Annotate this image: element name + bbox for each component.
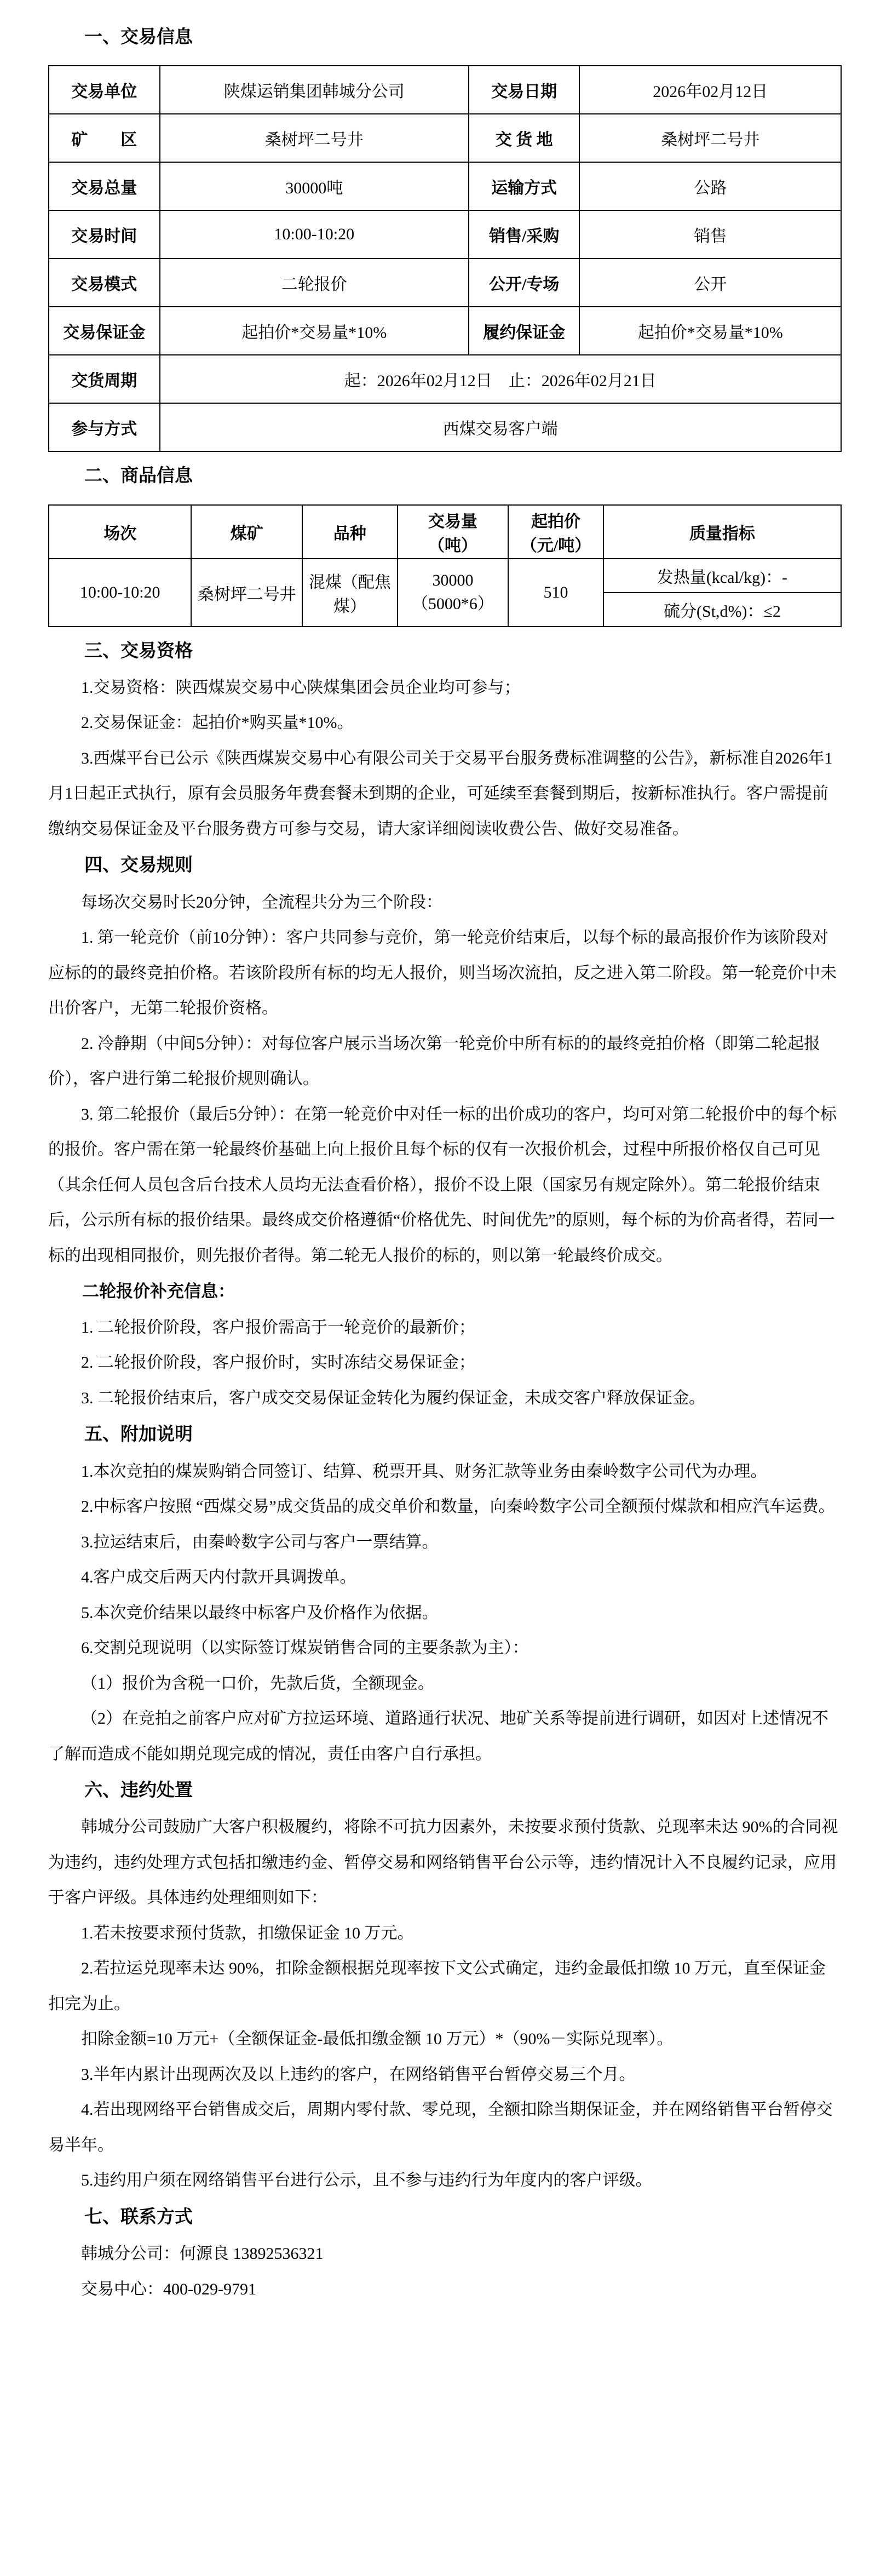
quality-calorific-cell: 发热量(kcal/kg)：-	[603, 559, 841, 593]
violation-item: 5.违约用户须在网络销售平台进行公示，且不参与违约行为年度内的客户评级。	[48, 2163, 842, 2199]
contact-center-line: 交易中心：400-029-9791	[48, 2272, 842, 2308]
field-value: 30000吨	[160, 162, 469, 210]
table-row: 交货周期 起：2026年02月12日 止：2026年02月21日	[49, 355, 841, 403]
field-value: 起拍价*交易量*10%	[160, 307, 469, 355]
table-row: 参与方式 西煤交易客户端	[49, 403, 841, 451]
qualification-item: 1.交易资格：陕西煤炭交易中心陕煤集团会员企业均可参与；	[48, 670, 842, 706]
notes-item: （2）在竞拍之前客户应对矿方拉运环境、道路通行状况、地矿关系等提前进行调研，如因…	[48, 1701, 842, 1772]
volume-cell: 30000 （5000*6）	[398, 559, 509, 627]
table-row: 交易时间 10:00-10:20 销售/采购 销售	[49, 210, 841, 259]
violation-item: 1.若未按要求预付货款，扣缴保证金 10 万元。	[48, 1916, 842, 1952]
field-value: 起拍价*交易量*10%	[579, 307, 841, 355]
column-header: 质量指标	[603, 505, 841, 559]
notes-item: 2.中标客户按照 “西煤交易”成交货品的成交单价和数量，向秦岭数字公司全额预付煤…	[48, 1489, 842, 1525]
field-value: 桑树坪二号井	[579, 114, 841, 162]
field-label: 公开/专场	[469, 259, 580, 307]
violation-item: 4.若出现网络平台销售成交后，周期内零付款、零兑现，全额扣除当期保证金，并在网络…	[48, 2092, 842, 2163]
violation-formula: 扣除金额=10 万元+（全额保证金-最低扣缴金额 10 万元）*（90%－实际兑…	[48, 2022, 842, 2057]
mine-cell: 桑树坪二号井	[191, 559, 302, 627]
section-heading-trade-info: 一、交易信息	[48, 19, 842, 56]
supplement-item: 1. 二轮报价阶段，客户报价需高于一轮竞价的最新价；	[48, 1310, 842, 1346]
field-value: 2026年02月12日	[579, 66, 841, 114]
notes-item: 4.客户成交后两天内付款开具调拨单。	[48, 1560, 842, 1596]
field-label: 交货周期	[49, 355, 160, 403]
table-row: 10:00-10:20 桑树坪二号井 混煤（配焦煤） 30000 （5000*6…	[49, 559, 841, 593]
notes-item: 6.交割兑现说明（以实际签订煤炭销售合同的主要条款为主）：	[48, 1631, 842, 1666]
column-header: 煤矿	[191, 505, 302, 559]
session-cell: 10:00-10:20	[49, 559, 191, 627]
quality-sulfur-cell: 硫分(St,d%)：≤2	[603, 593, 841, 627]
field-value: 起：2026年02月12日 止：2026年02月21日	[160, 355, 841, 403]
field-value: 公路	[579, 162, 841, 210]
table-header-row: 场次 煤矿 品种 交易量 （吨） 起拍价 （元/吨） 质量指标	[49, 505, 841, 559]
field-label: 运输方式	[469, 162, 580, 210]
table-row: 交易总量 30000吨 运输方式 公路	[49, 162, 841, 210]
table-row: 交易单位 陕煤运销集团韩城分公司 交易日期 2026年02月12日	[49, 66, 841, 114]
rules-intro: 每场次交易时长20分钟，全流程共分为三个阶段：	[48, 885, 842, 921]
field-label: 交易总量	[49, 162, 160, 210]
start-price-cell: 510	[508, 559, 603, 627]
rules-item: 1. 第一轮竞价（前10分钟）：客户共同参与竞价，第一轮竞价结束后，以每个标的最…	[48, 920, 842, 1026]
table-row: 矿 区 桑树坪二号井 交 货 地 桑树坪二号井	[49, 114, 841, 162]
notes-item: 3.拉运结束后，由秦岭数字公司与客户一票结算。	[48, 1525, 842, 1560]
notes-item: （1）报价为含税一口价，先款后货，全额现金。	[48, 1666, 842, 1702]
field-label: 交易时间	[49, 210, 160, 259]
field-label: 交易单位	[49, 66, 160, 114]
rules-item: 3. 第二轮报价（最后5分钟）：在第一轮竞价中对任一标的出价成功的客户，均可对第…	[48, 1097, 842, 1274]
supplement-item: 2. 二轮报价阶段，客户报价时，实时冻结交易保证金；	[48, 1345, 842, 1381]
rules-item: 2. 冷静期（中间5分钟）：对每位客户展示当场次第一轮竞价中所有标的的最终竞拍价…	[48, 1026, 842, 1097]
field-label: 交 货 地	[469, 114, 580, 162]
supplement-item: 3. 二轮报价结束后，客户成交交易保证金转化为履约保证金，未成交客户释放保证金。	[48, 1381, 842, 1416]
violation-intro: 韩城分公司鼓励广大客户积极履约，将除不可抗力因素外，未按要求预付货款、兑现率未达…	[48, 1810, 842, 1916]
field-value: 公开	[579, 259, 841, 307]
field-label: 参与方式	[49, 403, 160, 451]
field-value: 销售	[579, 210, 841, 259]
notes-item: 5.本次竞价结果以最终中标客户及价格作为依据。	[48, 1596, 842, 1631]
section-heading-qualification: 三、交易资格	[48, 633, 842, 670]
field-label: 矿 区	[49, 114, 160, 162]
column-header: 品种	[302, 505, 398, 559]
field-label: 交易保证金	[49, 307, 160, 355]
column-header: 场次	[49, 505, 191, 559]
field-label: 交易模式	[49, 259, 160, 307]
contact-branch-line: 韩城分公司：何源良 13892536321	[48, 2236, 842, 2272]
section-heading-rules: 四、交易规则	[48, 847, 842, 885]
document-page: 一、交易信息 交易单位 陕煤运销集团韩城分公司 交易日期 2026年02月12日…	[0, 0, 869, 2576]
table-row: 交易模式 二轮报价 公开/专场 公开	[49, 259, 841, 307]
field-value: 10:00-10:20	[160, 210, 469, 259]
qualification-item: 2.交易保证金：起拍价*购买量*10%。	[48, 705, 842, 741]
section-heading-contact: 七、联系方式	[48, 2199, 842, 2236]
violation-item: 3.半年内累计出现两次及以上违约的客户，在网络销售平台暂停交易三个月。	[48, 2057, 842, 2093]
section-heading-notes: 五、附加说明	[48, 1416, 842, 1454]
field-value: 桑树坪二号井	[160, 114, 469, 162]
field-value: 西煤交易客户端	[160, 403, 841, 451]
section-heading-violation: 六、违约处置	[48, 1772, 842, 1810]
section-heading-commodity: 二、商品信息	[48, 457, 842, 495]
variety-cell: 混煤（配焦煤）	[302, 559, 398, 627]
field-value: 二轮报价	[160, 259, 469, 307]
field-label: 履约保证金	[469, 307, 580, 355]
qualification-item: 3.西煤平台已公示《陕西煤炭交易中心有限公司关于交易平台服务费标准调整的公告》，…	[48, 741, 842, 847]
table-row: 交易保证金 起拍价*交易量*10% 履约保证金 起拍价*交易量*10%	[49, 307, 841, 355]
commodity-table: 场次 煤矿 品种 交易量 （吨） 起拍价 （元/吨） 质量指标 10:00-10…	[48, 504, 842, 627]
field-label: 销售/采购	[469, 210, 580, 259]
field-label: 交易日期	[469, 66, 580, 114]
notes-item: 1.本次竞拍的煤炭购销合同签订、结算、税票开具、财务汇款等业务由秦岭数字公司代为…	[48, 1454, 842, 1490]
supplement-heading: 二轮报价补充信息：	[48, 1273, 842, 1310]
column-header: 交易量 （吨）	[398, 505, 509, 559]
column-header: 起拍价 （元/吨）	[508, 505, 603, 559]
trade-info-table: 交易单位 陕煤运销集团韩城分公司 交易日期 2026年02月12日 矿 区 桑树…	[48, 65, 842, 452]
violation-item: 2.若拉运兑现率未达 90%，扣除金额根据兑现率按下文公式确定，违约金最低扣缴 …	[48, 1951, 842, 2022]
field-value: 陕煤运销集团韩城分公司	[160, 66, 469, 114]
